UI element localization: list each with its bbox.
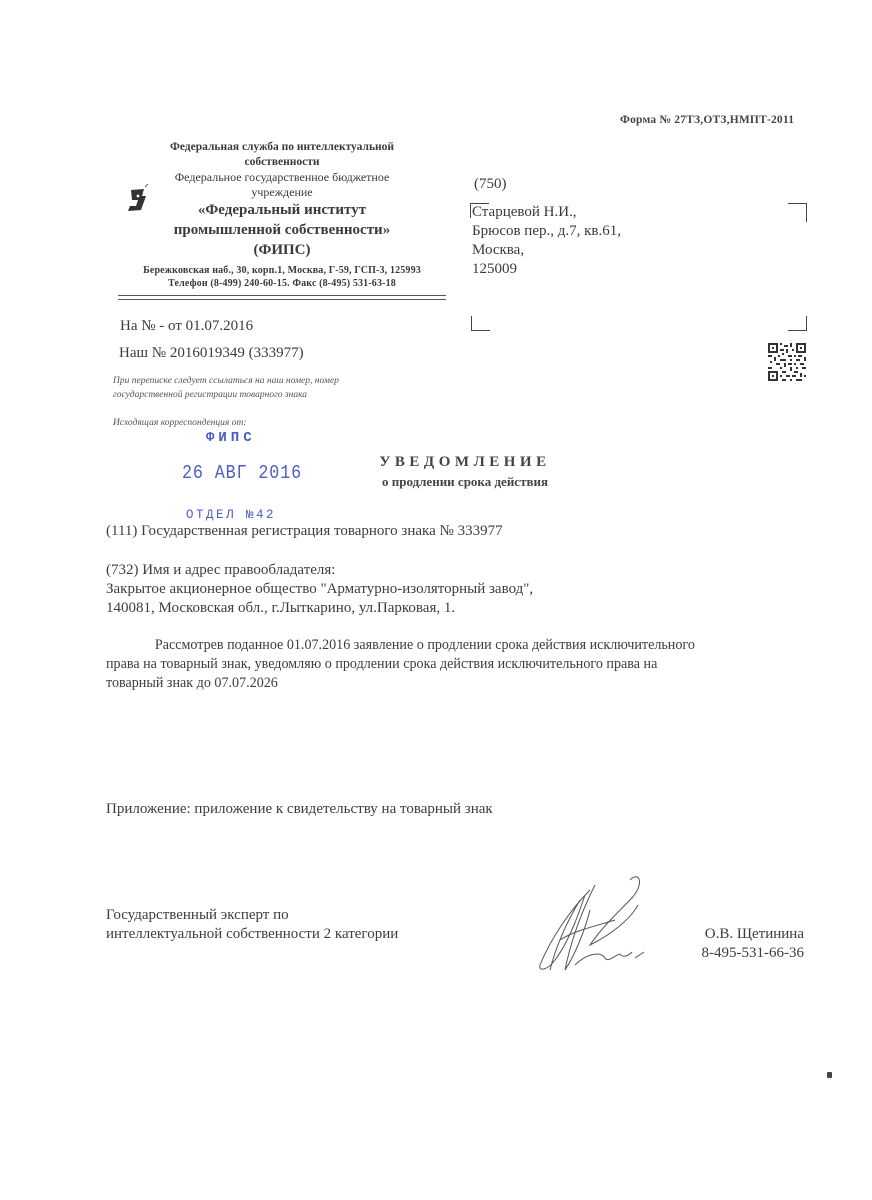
recipient-line: Москва,	[472, 241, 621, 260]
holder-label: (732) Имя и адрес правообладателя:	[106, 561, 533, 580]
signer-position: Государственный эксперт по интеллектуаль…	[106, 906, 398, 944]
organization-header: Федеральная служба по интеллектуальной с…	[112, 140, 452, 290]
org-line4: учреждение	[112, 185, 452, 200]
document-title: УВЕДОМЛЕНИЕ о продлении срока действия	[330, 454, 600, 490]
org-line5: «Федеральный институт	[112, 201, 452, 220]
title-sub: о продлении срока действия	[330, 474, 600, 490]
attachment-line: Приложение: приложение к свидетельству н…	[106, 800, 493, 819]
recipient-code: (750)	[474, 176, 507, 193]
note-line: государственной регистрации товарного зн…	[113, 388, 339, 402]
signer-phone: 8-495-531-66-36	[690, 944, 804, 963]
org-line7: (ФИПС)	[112, 241, 452, 260]
recipient-address: Старцевой Н.И., Брюсов пер., д.7, кв.61,…	[472, 203, 621, 279]
address-corner-mark	[788, 316, 807, 331]
main-line: товарный знак до 07.07.2026	[106, 674, 764, 693]
org-phones: Телефон (8-499) 240-60-15. Факс (8-495) …	[112, 277, 452, 290]
recipient-line: Брюсов пер., д.7, кв.61,	[472, 222, 621, 241]
position-line: интеллектуальной собственности 2 категор…	[106, 925, 398, 944]
form-number: Форма № 27ТЗ,ОТЗ,НМПТ-2011	[620, 114, 794, 126]
qr-code-icon	[768, 343, 806, 381]
their-reference: На № - от 01.07.2016	[120, 318, 253, 335]
scan-speck	[827, 1072, 832, 1078]
our-reference: Наш № 2016019349 (333977)	[119, 345, 304, 362]
outgoing-label: Исходящая корреспонденция от:	[113, 418, 247, 428]
holder-name: Закрытое акционерное общество "Арматурно…	[106, 580, 533, 599]
stamp-department: ОТДЕЛ №42	[186, 508, 276, 522]
signer-contact: О.В. Щетинина 8-495-531-66-36	[690, 925, 804, 963]
stamp-date: 26 АВГ 2016	[182, 462, 302, 484]
org-address: Бережковская наб., 30, корп.1, Москва, Г…	[112, 264, 452, 277]
main-paragraph: Рассмотрев поданное 01.07.2016 заявление…	[106, 636, 764, 693]
stamp-org: ФИПС	[206, 430, 256, 446]
org-line6: промышленной собственности»	[112, 221, 452, 240]
rightholder-block: (732) Имя и адрес правообладателя: Закры…	[106, 561, 533, 618]
correspondence-note: При переписке следует ссылаться на наш н…	[113, 374, 339, 402]
address-corner-mark	[788, 203, 807, 222]
position-line: Государственный эксперт по	[106, 906, 398, 925]
org-line3: Федеральное государственное бюджетное	[112, 170, 452, 185]
recipient-line: 125009	[472, 260, 621, 279]
main-line: Рассмотрев поданное 01.07.2016 заявление…	[155, 637, 695, 653]
main-line: права на товарный знак, уведомляю о прод…	[106, 655, 764, 674]
note-line: При переписке следует ссылаться на наш н…	[113, 374, 339, 388]
recipient-line: Старцевой Н.И.,	[472, 203, 621, 222]
handwritten-signature-icon	[520, 870, 660, 980]
header-divider	[118, 295, 446, 300]
signer-name: О.В. Щетинина	[690, 925, 804, 944]
org-line1: Федеральная служба по интеллектуальной	[112, 140, 452, 155]
registration-line: (111) Государственная регистрация товарн…	[106, 522, 503, 541]
holder-address: 140081, Московская обл., г.Лыткарино, ул…	[106, 599, 533, 618]
org-line2: собственности	[112, 155, 452, 170]
title-main: УВЕДОМЛЕНИЕ	[330, 454, 600, 471]
address-corner-mark	[471, 316, 490, 331]
